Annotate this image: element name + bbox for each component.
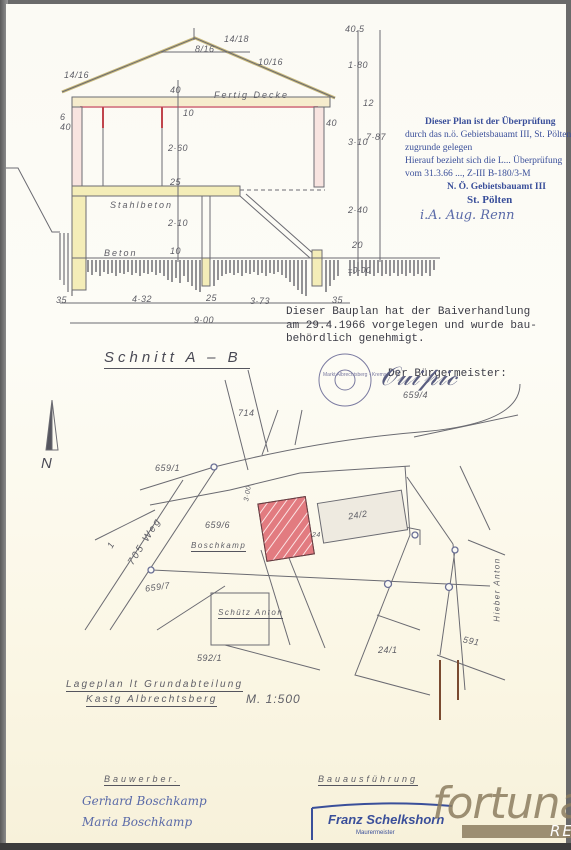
dim-40-5: 40.5 <box>345 24 365 34</box>
roof-label-right: 10/16 <box>258 57 283 67</box>
dim-787: 7·87 <box>366 132 386 142</box>
typed-approval-note: Dieser Bauplan hat der Baiverhandlung am… <box>286 306 537 347</box>
parcel-24-1: 24/1 <box>378 645 398 655</box>
dim-10-bottom: 10 <box>170 246 181 256</box>
fortuna-real-watermark: fortuna REAL <box>432 778 571 829</box>
round-seal: Markt Albrechtsberg · Krems <box>323 372 386 378</box>
contractor-stamp-title: Maurermeister <box>356 830 395 836</box>
stamp-line-3: zugrunde gelegen <box>405 142 571 155</box>
dim-180: 1·80 <box>348 60 368 70</box>
stamp-line-6: N. Ö. Gebietsbauamt III <box>405 181 571 194</box>
parcel-659-4: 659/4 <box>403 390 428 400</box>
note-line-2: am 29.4.1966 vorgelegen und wurde bau- <box>286 320 537 332</box>
stamp-line-7: St. Pölten <box>405 194 571 207</box>
parcel-714: 714 <box>238 408 255 418</box>
watermark-sub: REAL <box>550 822 571 840</box>
dim-wall-40-left: 40 <box>60 122 71 132</box>
north-arrow-icon: N <box>41 455 52 472</box>
dim-40: 40 <box>170 85 181 95</box>
dim-20: 20 <box>352 240 363 250</box>
dim-total-900: 9·00 <box>194 315 214 325</box>
label-fertig-decke: Fertig Decke <box>214 90 289 100</box>
stamp-line-5: vom 31.3.66 ..., Z-III B-180/3-M <box>405 168 571 181</box>
dim-210: 2·10 <box>168 218 188 228</box>
dim-h-432: 4·32 <box>132 294 152 304</box>
parcel-24: 24 <box>312 532 321 539</box>
roof-label-collar: 8/16 <box>195 44 215 54</box>
dim-310: 3·10 <box>348 137 368 147</box>
contractor-stamp-name: Franz Schelkshorn <box>328 812 444 827</box>
dim-wall-6: 6 <box>60 112 66 122</box>
roof-label-left: 14/16 <box>64 70 89 80</box>
roof-label-ridge: 14/18 <box>224 34 249 44</box>
stamp-signature: i.A. Aug. Renn <box>420 208 515 223</box>
builder-signature-2: Maria Boschkamp <box>82 815 192 829</box>
dim-12: 12 <box>363 98 374 108</box>
site-plan-caption-1: Lageplan lt Grundabteilung <box>66 679 243 692</box>
mayor-signature-icon: 𝒪𝓊𝒾𝓅𝒾𝒸 <box>380 362 457 393</box>
owner-schuetz-anton: Schütz Anton <box>218 608 283 619</box>
parcel-592-1: 592/1 <box>197 653 222 663</box>
dim-wall-40-right: 40 <box>326 118 337 128</box>
site-plan-scale: M. 1:500 <box>246 692 301 706</box>
section-title: Schnitt A – B <box>104 349 250 369</box>
dim-h-35-left: 35 <box>56 295 67 305</box>
parcel-659-6: 659/6 <box>205 520 230 530</box>
stamp-line-1: Dieser Plan ist der Überprüfung <box>405 116 571 129</box>
owner-boschkamp: Boschkamp <box>191 541 246 552</box>
dim-h-25: 25 <box>206 293 217 303</box>
note-line-1: Dieser Bauplan hat der Baiverhandlung <box>286 306 530 318</box>
note-line-3: behördlich genehmigt. <box>286 333 425 345</box>
dim-240: 2·40 <box>348 205 368 215</box>
builder-signature-1: Gerhard Boschkamp <box>82 794 207 808</box>
stamp-line-4: Hierauf bezieht sich die L... Überprüfun… <box>405 155 571 168</box>
dim-h-373: 3·73 <box>250 296 270 306</box>
dim-zero: ±0·00 <box>348 266 371 275</box>
contractor-heading: Bauausführung <box>318 774 418 786</box>
dim-h-35-right: 35 <box>332 295 343 305</box>
owner-hieber-anton: Hieber Anton <box>493 557 502 621</box>
label-beton: Beton <box>104 248 138 258</box>
dim-25: 25 <box>170 177 181 187</box>
approval-stamp: Dieser Plan ist der Überprüfung durch da… <box>405 116 571 207</box>
label-stahlbeton: Stahlbeton <box>110 200 173 210</box>
parcel-659-1: 659/1 <box>155 463 180 473</box>
builder-heading: Bauwerber. <box>104 774 180 786</box>
dim-10: 10 <box>183 108 194 118</box>
site-plan-caption-2: Kastg Albrechtsberg <box>86 694 217 707</box>
stamp-line-2: durch das n.ö. Gebietsbauamt III, St. Pö… <box>405 129 571 142</box>
dim-260: 2·60 <box>168 143 188 153</box>
